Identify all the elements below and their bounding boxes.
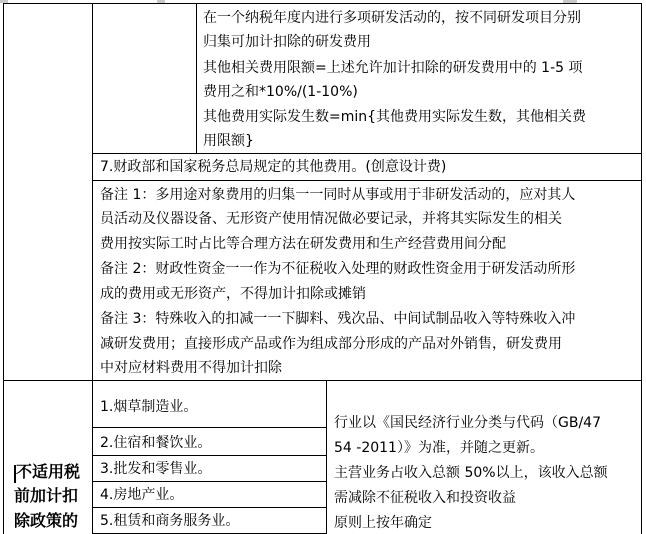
remark-line: 主营业务占收入总额 50%以上，该收入总额 [334, 461, 608, 485]
industry-row-divider-1 [92, 427, 326, 428]
heading-line: 前加计扣 [14, 482, 78, 510]
row-divider-item7 [92, 180, 642, 181]
remark-line: 需减除不征税收入和投资收益 [334, 486, 516, 510]
note-line: 费用按实际工时占比等合理方法在研发费用和生产经营费用间分配 [100, 232, 506, 256]
column-divider-industries [326, 380, 327, 534]
industry-item: 3.批发和零售业。 [100, 457, 211, 481]
text-line: 其他费用实际发生数=min{其他费用实际发生数，其他相关费 [203, 105, 586, 129]
note-line: 中对应材料费用不得加计扣除 [100, 356, 282, 380]
text-line: 在一个纳税年度内进行多项研发活动的，按不同研发项目分别 [203, 6, 581, 30]
row-divider-notes [3, 380, 642, 381]
note-line: 成的费用或无形资产，不得加计扣除或摊销 [100, 282, 366, 306]
industry-row-divider-3 [92, 481, 326, 482]
note-line: 备注 1：多用途对象费用的归集一一同时从事或用于非研发活动的，应对其人 [100, 183, 575, 207]
note-line: 减研发费用；直接形成产品或作为组成部分形成的产品对外销售，研发费用 [100, 332, 562, 356]
industry-row-divider-2 [92, 455, 326, 456]
text-line: 费用之和*10%/(1-10%) [203, 80, 358, 104]
table-top-border [3, 3, 642, 4]
note-line: 员活动及仪器设备、无形资产使用情况做必要记录，并将其实际发生的相关 [100, 207, 562, 231]
industry-item: 1.烟草制造业。 [100, 395, 197, 419]
table-right-border [641, 3, 642, 534]
text-line: 归集可加计扣除的研发费用 [203, 30, 371, 54]
remark-line: 54 -2011）》为准，并随之更新。 [334, 436, 544, 460]
note-line: 备注 3：特殊收入的扣减一一下脚料、残次品、中间试制品收入等特殊收入冲 [100, 307, 575, 331]
heading-line: 除政策的 [14, 507, 78, 534]
industry-row-divider-4 [92, 507, 326, 508]
text-line: 其他相关费用限额=上述允许加计扣除的研发费用中的 1-5 项 [203, 56, 583, 80]
remark-line: 原则上按年确定 [334, 511, 432, 534]
text-line: 用限额} [203, 129, 254, 153]
row-divider-top-block [92, 153, 642, 154]
remark-line: 行业以《国民经济行业分类与代码（GB/47 [334, 411, 601, 435]
industry-item: 4.房地产业。 [100, 483, 183, 507]
table-left-border [3, 3, 4, 534]
column-divider-2 [196, 3, 197, 153]
note-line: 备注 2：财政性资金一一作为不征税收入处理的财政性资金用于研发活动所形 [100, 257, 575, 281]
industry-item: 2.住宿和餐饮业。 [100, 431, 211, 455]
industry-item: 5.租赁和商务服务业。 [100, 509, 239, 533]
item-7-other-expenses: 7.财政部和国家税务总局规定的其他费用。(创意设计费) [100, 155, 446, 179]
